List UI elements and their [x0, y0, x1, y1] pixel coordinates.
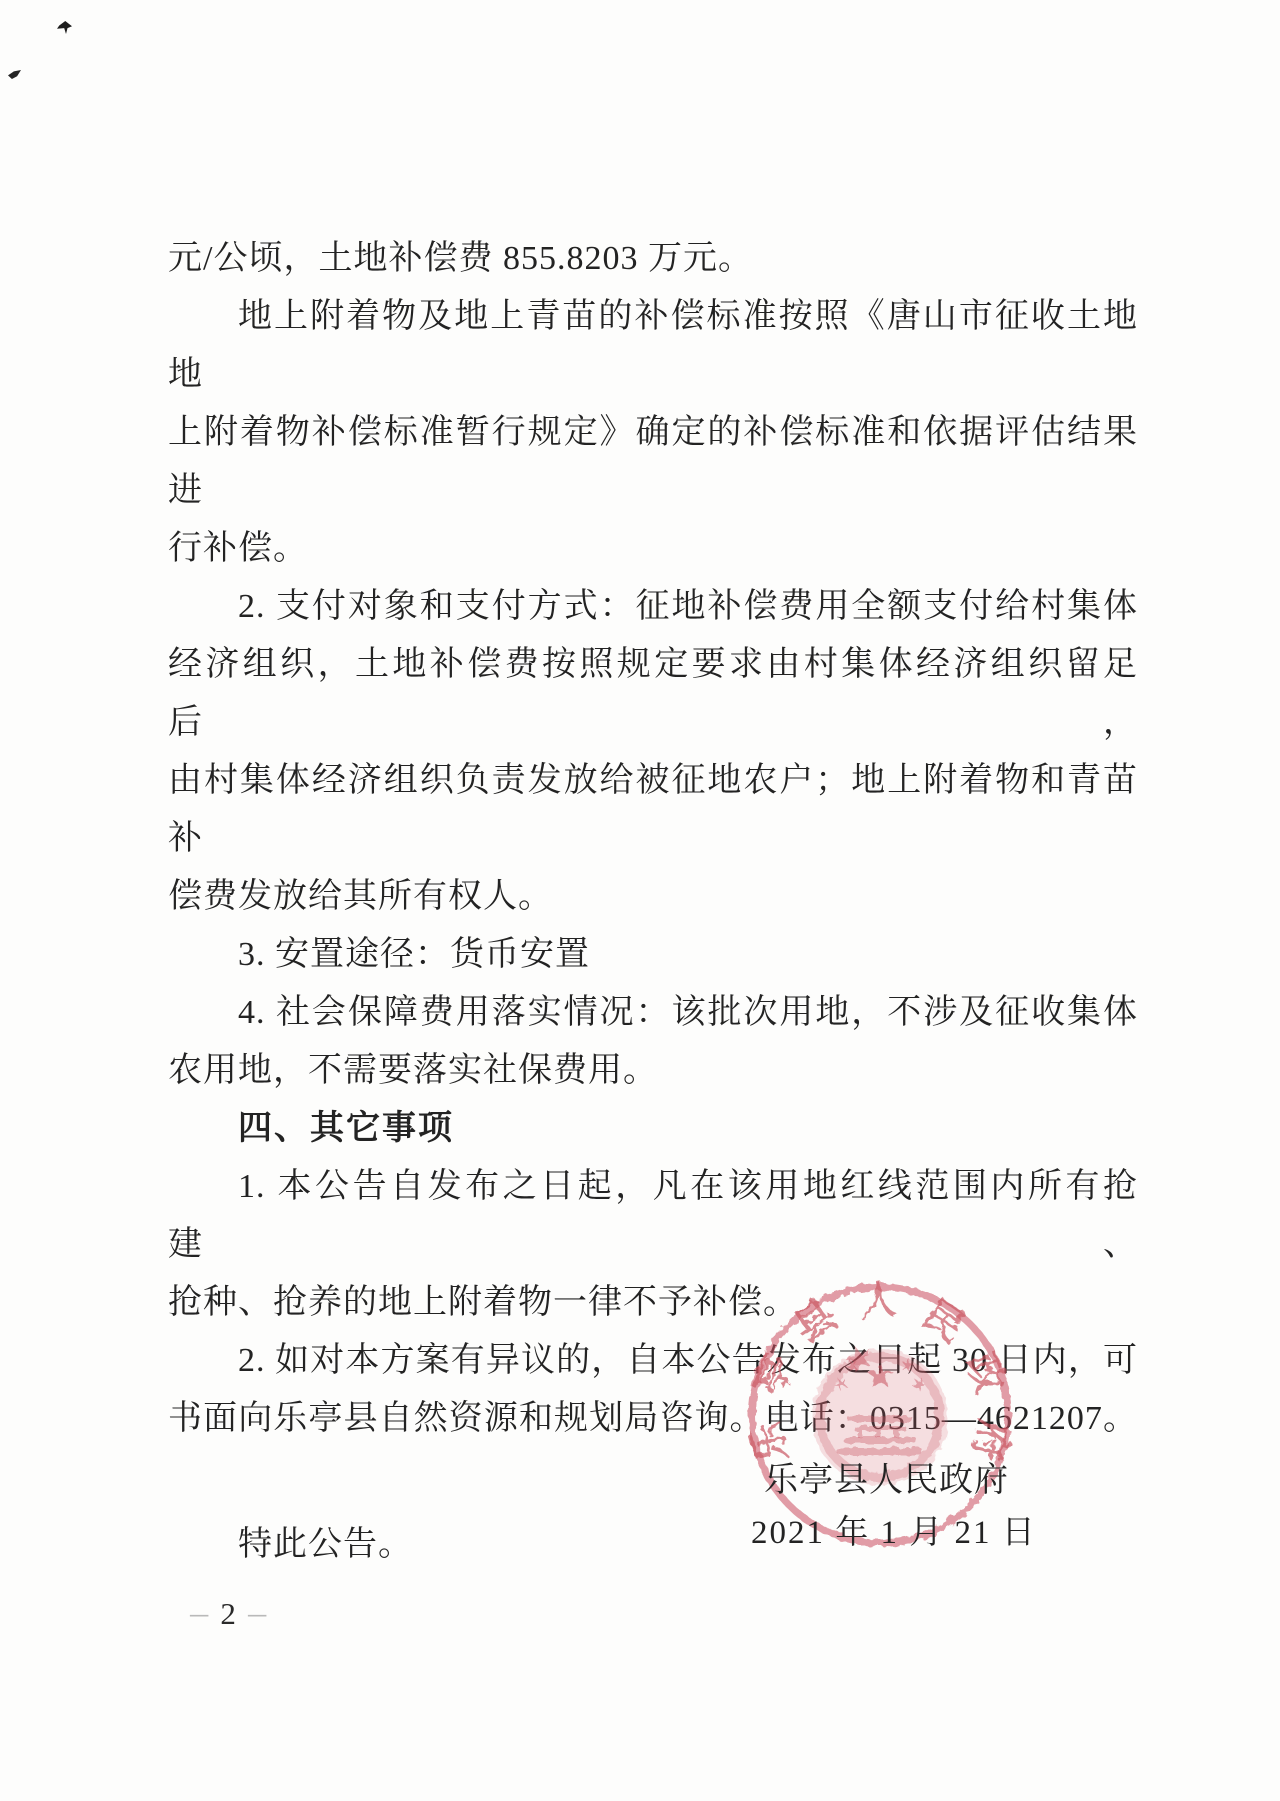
doc-section-heading: 四、其它事项	[168, 1100, 1138, 1158]
ink-speck	[8, 70, 21, 79]
signature-organization: 乐亭县人民政府	[764, 1452, 1009, 1501]
page-number: -2-	[178, 1596, 278, 1632]
doc-line: 偿费发放给其所有权人。	[168, 868, 1138, 926]
doc-line: 经济组织，土地补偿费按照规定要求由村集体经济组织留足后，	[168, 636, 1138, 752]
doc-line: 由村集体经济组织负责发放给被征地农户；地上附着物和青苗补	[168, 752, 1138, 868]
scanned-document-page: 元/公顷，土地补偿费 855.8203 万元。 地上附着物及地上青苗的补偿标准按…	[0, 0, 1280, 1801]
ink-speck	[57, 21, 72, 34]
doc-line: 行补偿。	[168, 520, 1138, 578]
doc-line: 4. 社会保障费用落实情况：该批次用地，不涉及征收集体	[168, 984, 1138, 1042]
doc-line: 农用地，不需要落实社保费用。	[168, 1042, 1138, 1100]
doc-line: 元/公顷，土地补偿费 855.8203 万元。	[168, 230, 1138, 288]
page-number-dash: -	[245, 1601, 269, 1626]
doc-line: 上附着物补偿标准暂行规定》确定的补偿标准和依据评估结果进	[168, 404, 1138, 520]
page-number-value: 2	[220, 1596, 236, 1631]
doc-line: 地上附着物及地上青苗的补偿标准按照《唐山市征收土地地	[168, 288, 1138, 404]
doc-line: 2. 支付对象和支付方式：征地补偿费用全额支付给村集体	[168, 578, 1138, 636]
signature-date: 2021 年 1 月 21 日	[751, 1506, 1037, 1553]
doc-line: 1. 本公告自发布之日起，凡在该用地红线范围内所有抢建、	[168, 1158, 1138, 1274]
doc-line: 3. 安置途径：货币安置	[168, 926, 1138, 984]
page-number-dash: -	[187, 1601, 211, 1626]
